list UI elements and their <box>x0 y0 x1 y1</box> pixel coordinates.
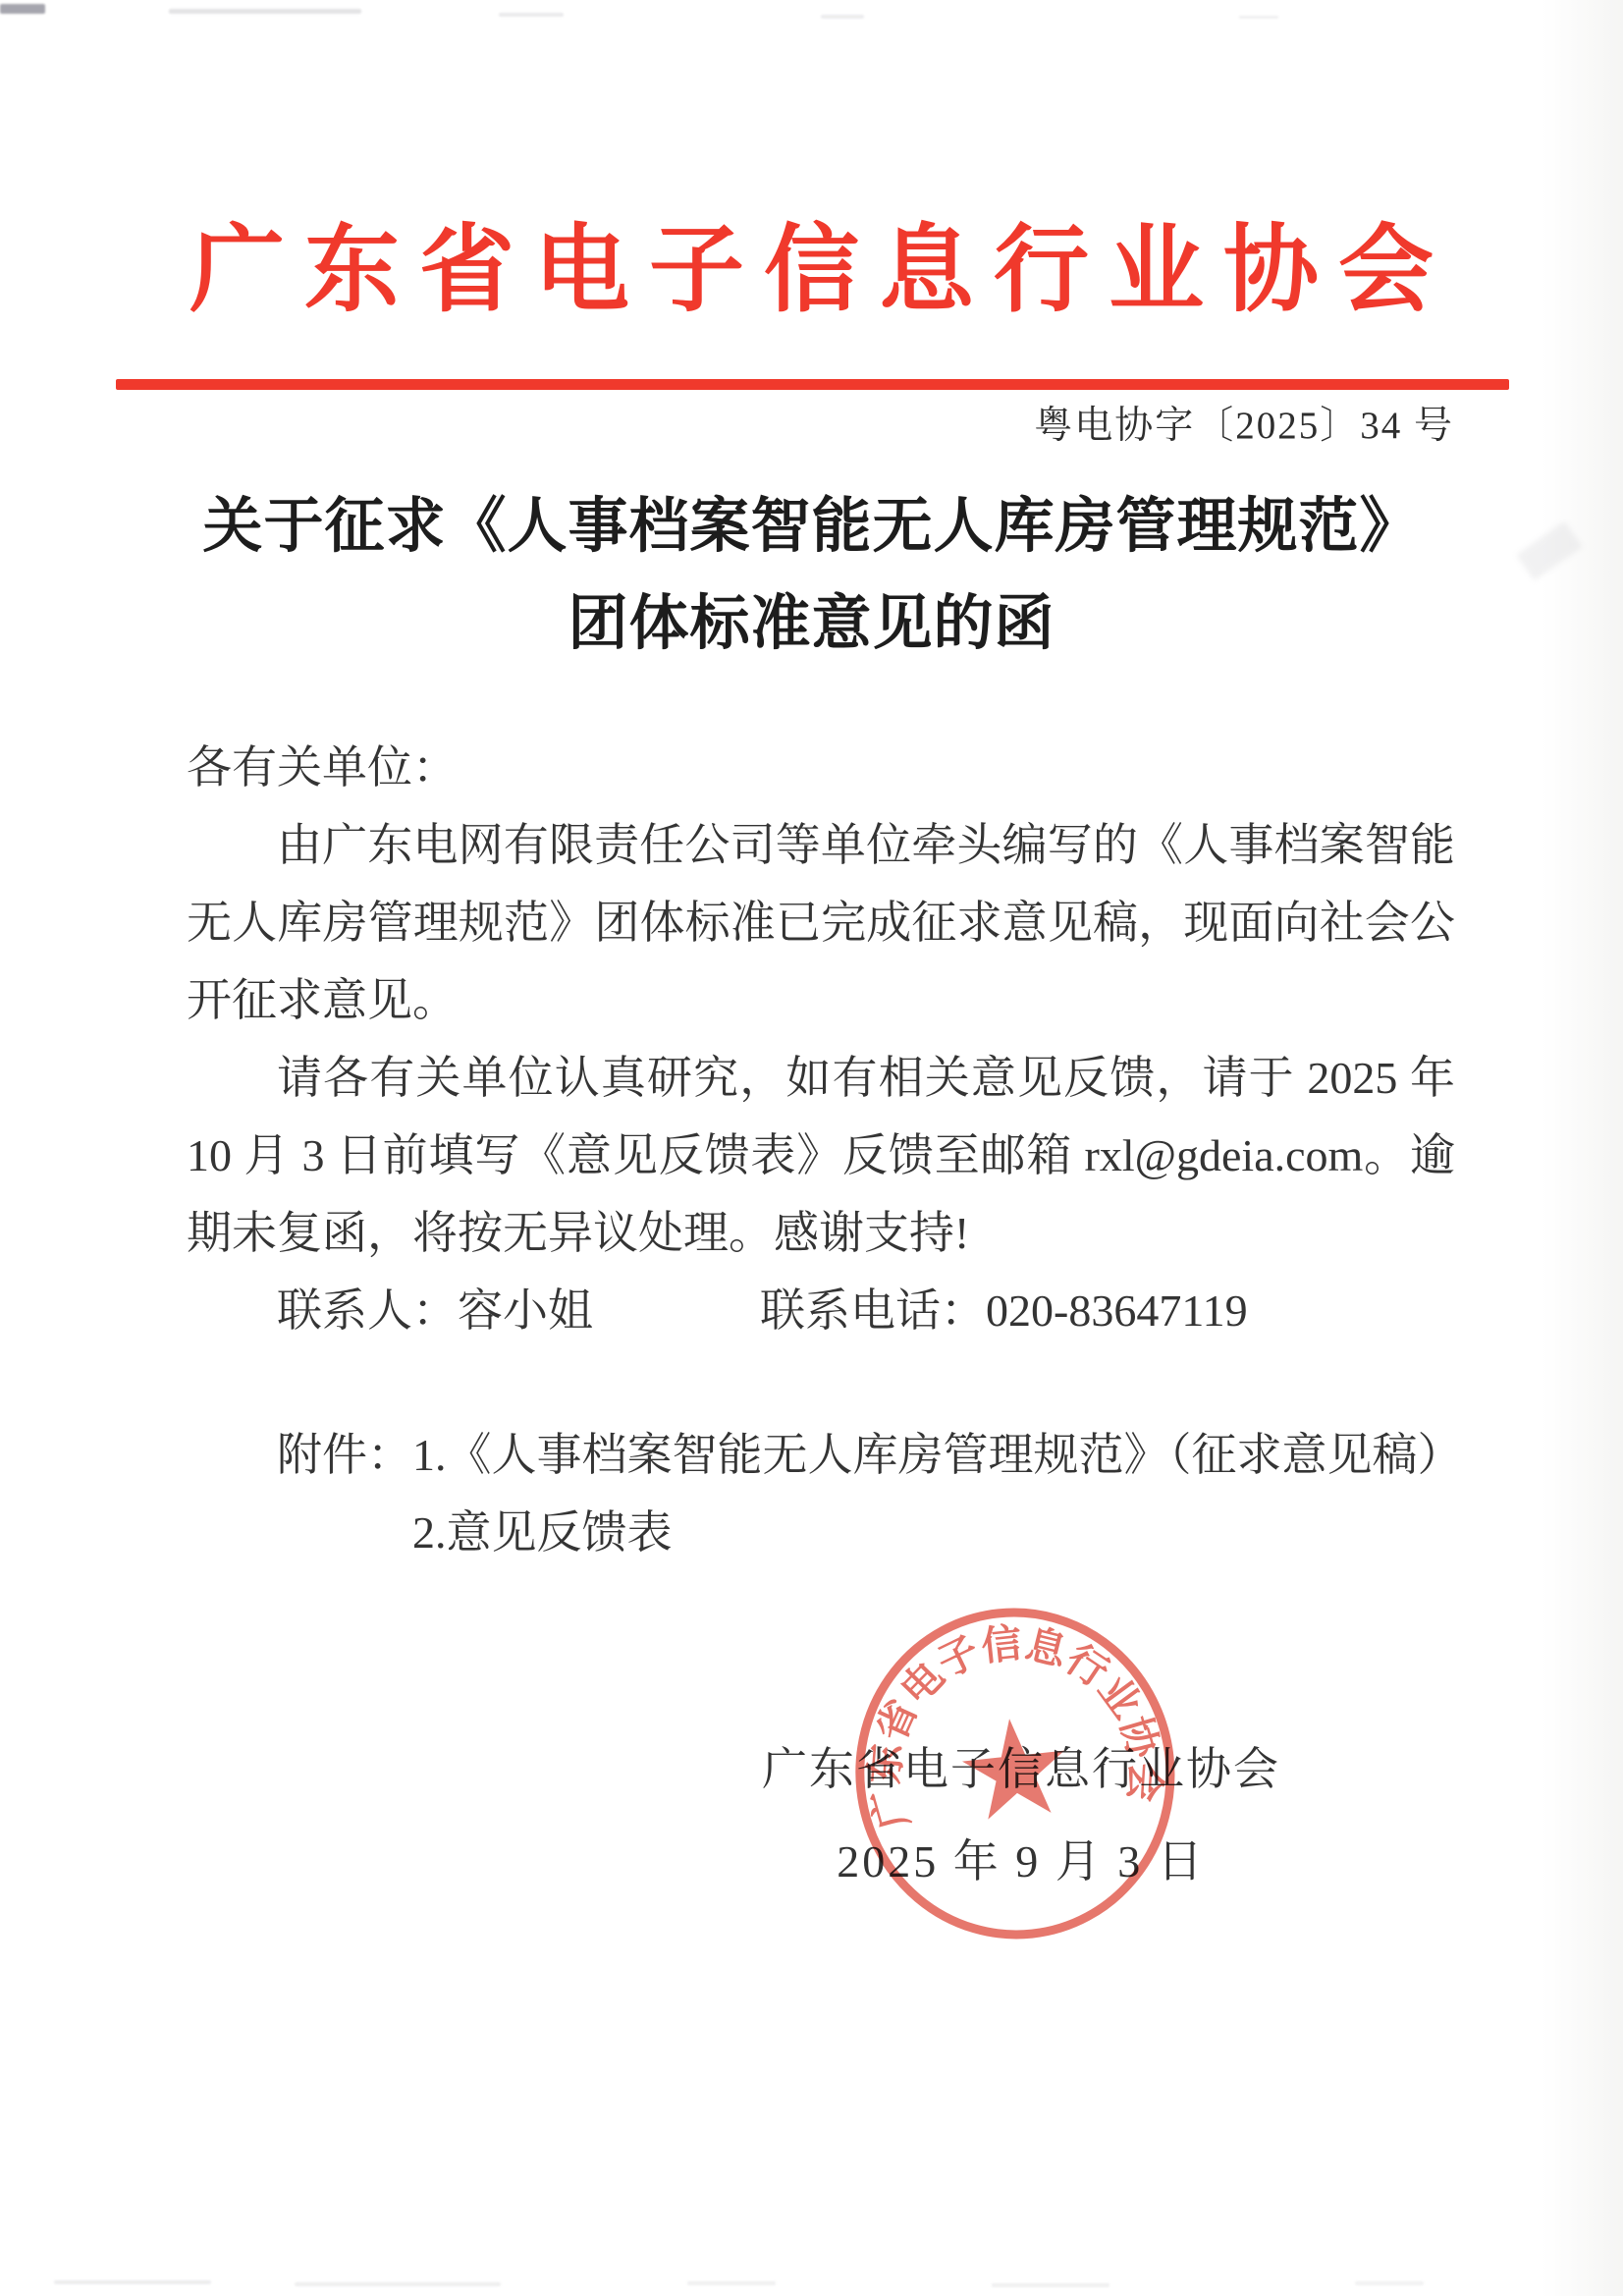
official-seal: 广东省电子信息行业协会 <box>825 1580 1206 1970</box>
document-title: 关于征求《人事档案智能无人库房管理规范》 团体标准意见的函 <box>0 478 1623 673</box>
letterhead-rule-line <box>116 379 1509 390</box>
letterhead-title: 广东省电子信息行业协会 <box>0 192 1623 330</box>
contact-phone-label: 联系电话： <box>760 1272 986 1349</box>
scan-artifact <box>54 2280 211 2284</box>
contact-person: 容小姐 <box>458 1272 593 1349</box>
scan-artifact <box>1239 16 1278 19</box>
attachments-label: 附件： <box>277 1416 412 1571</box>
document-title-line2: 团体标准意见的函 <box>0 575 1623 673</box>
scan-artifact <box>687 2281 776 2285</box>
scan-artifact <box>499 13 564 17</box>
letter-body: 各有关单位： 由广东电网有限责任公司等单位牵头编写的《人事档案智能无人库房管理规… <box>187 729 1455 1571</box>
scan-artifact <box>821 15 864 19</box>
contact-phone: 020-83647119 <box>986 1272 1248 1349</box>
document-number: 粤电协字〔2025〕34 号 <box>1034 395 1454 450</box>
paragraph-2: 请各有关单位认真研究，如有相关意见反馈，请于 2025 年 10 月 3 日前填… <box>187 1039 1455 1272</box>
scan-artifact <box>0 4 45 14</box>
document-title-line1: 关于征求《人事档案智能无人库房管理规范》 <box>0 478 1623 575</box>
scan-artifact <box>295 2282 501 2286</box>
salutation: 各有关单位： <box>187 729 1455 806</box>
contact-person-label: 联系人： <box>277 1272 458 1349</box>
attachment-item: 2.意见反馈表 <box>412 1494 1455 1571</box>
paragraph-1: 由广东电网有限责任公司等单位牵头编写的《人事档案智能无人库房管理规范》团体标准已… <box>187 806 1455 1039</box>
scan-artifact <box>992 2283 1109 2287</box>
letter-page: 广东省电子信息行业协会 粤电协字〔2025〕34 号 关于征求《人事档案智能无人… <box>0 0 1623 2296</box>
attachment-item: 1.《人事档案智能无人库房管理规范》（征求意见稿） <box>412 1416 1455 1494</box>
attachments-list: 1.《人事档案智能无人库房管理规范》（征求意见稿） 2.意见反馈表 <box>412 1416 1455 1571</box>
attachments-block: 附件： 1.《人事档案智能无人库房管理规范》（征求意见稿） 2.意见反馈表 <box>187 1416 1455 1571</box>
contact-line: 联系人：容小姐 联系电话：020-83647119 <box>187 1272 1455 1349</box>
scan-artifact <box>1355 2281 1424 2285</box>
scan-artifact <box>169 9 361 14</box>
seal-star-icon <box>958 1714 1070 1822</box>
